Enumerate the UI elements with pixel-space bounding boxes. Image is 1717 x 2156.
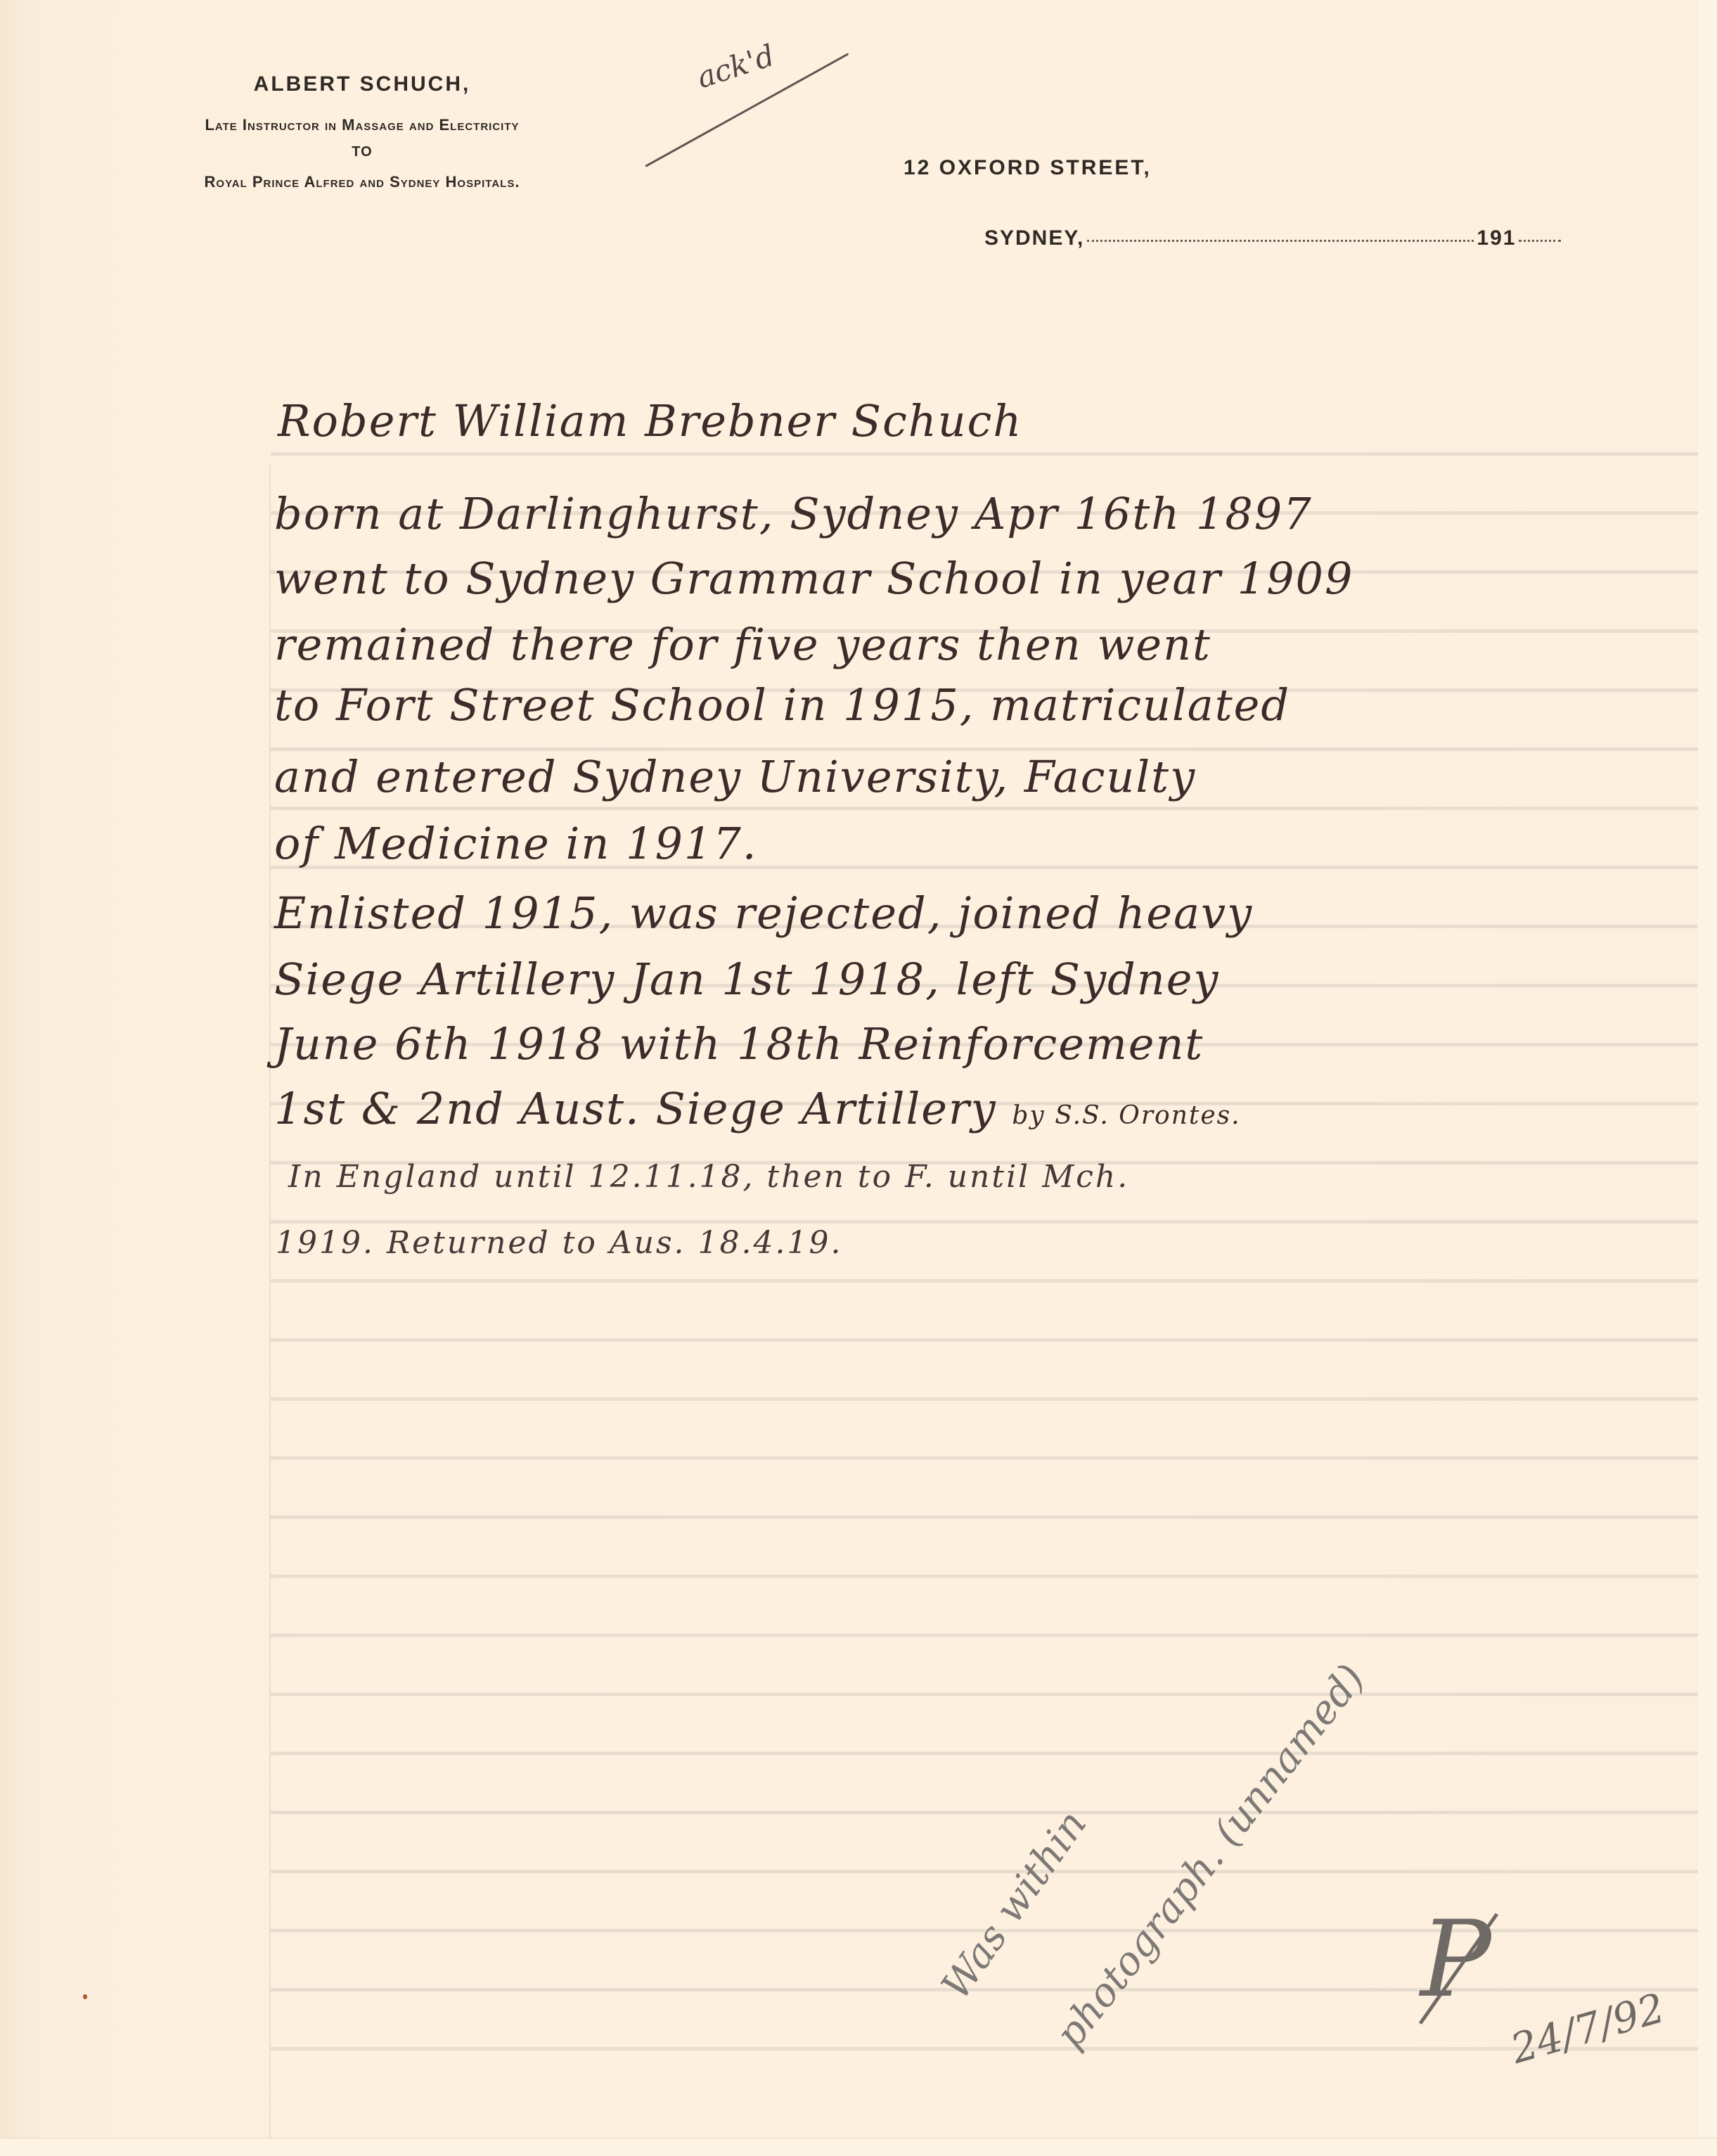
date-blank [1087,240,1474,242]
rule-line [271,1634,1698,1637]
body-line-text: 1st & 2nd Aust. Siege Artillery [274,1083,997,1134]
rule-line [271,452,1698,456]
later-note: 1919. Returned to Aus. 18.4.19. [276,1225,842,1261]
letterhead-to: TO [70,144,654,160]
pencil-initial: P [1420,1899,1491,2021]
paper-edge-strip [1697,0,1717,2156]
rule-line [271,1811,1698,1814]
body-line: born at Darlinghurst, Sydney Apr 16th 18… [274,488,1313,539]
letterhead-title: Late Instructor in Massage and Electrici… [70,116,654,134]
paper-speck [83,1994,87,1999]
rule-line [271,1693,1698,1696]
paper-bottom-strip [0,2138,1717,2156]
rule-line [271,1752,1698,1755]
paper-fold-shadow [0,0,42,2138]
ship-note: by S.S. Orontes. [1012,1101,1240,1130]
body-line: Siege Artillery Jan 1st 1918, left Sydne… [274,954,1219,1005]
letterhead-address: 12 OXFORD STREET, [903,156,1152,180]
body-line: Robert William Brebner Schuch [278,395,1022,447]
rule-line [271,1279,1698,1283]
rule-line [271,1515,1698,1519]
body-line: June 6th 1918 with 18th Reinforcement [274,1018,1204,1070]
body-line: Enlisted 1915, was rejected, joined heav… [274,887,1253,939]
later-note: In England until 12.11.18, then to F. un… [288,1159,1129,1195]
body-line: to Fort Street School in 1915, matricula… [274,679,1290,731]
rule-line [271,1338,1698,1342]
rule-line [271,2047,1698,2051]
body-line: and entered Sydney University, Faculty [274,751,1196,802]
dateline-year: 191 [1477,226,1516,250]
rule-line [271,1220,1698,1224]
year-blank [1519,240,1561,242]
body-line: went to Sydney Grammar School in year 19… [274,553,1353,604]
body-line: remained there for five years then went [274,619,1211,670]
body-line: of Medicine in 1917. [274,818,758,869]
body-line: 1st & 2nd Aust. Siege Artillery by S.S. … [274,1083,1241,1134]
dateline-city: SYDNEY, [984,226,1084,250]
rule-line [271,807,1698,810]
letterhead-name: ALBERT SCHUCH, [77,72,647,96]
rule-line [271,1870,1698,1873]
letterhead-hospitals: Royal Prince Alfred and Sydney Hospitals… [70,173,654,191]
rule-line [271,1574,1698,1578]
margin-rule [269,464,271,2138]
rule-line [271,1397,1698,1401]
rule-line [271,1456,1698,1460]
dateline: SYDNEY, 191 [984,226,1564,250]
